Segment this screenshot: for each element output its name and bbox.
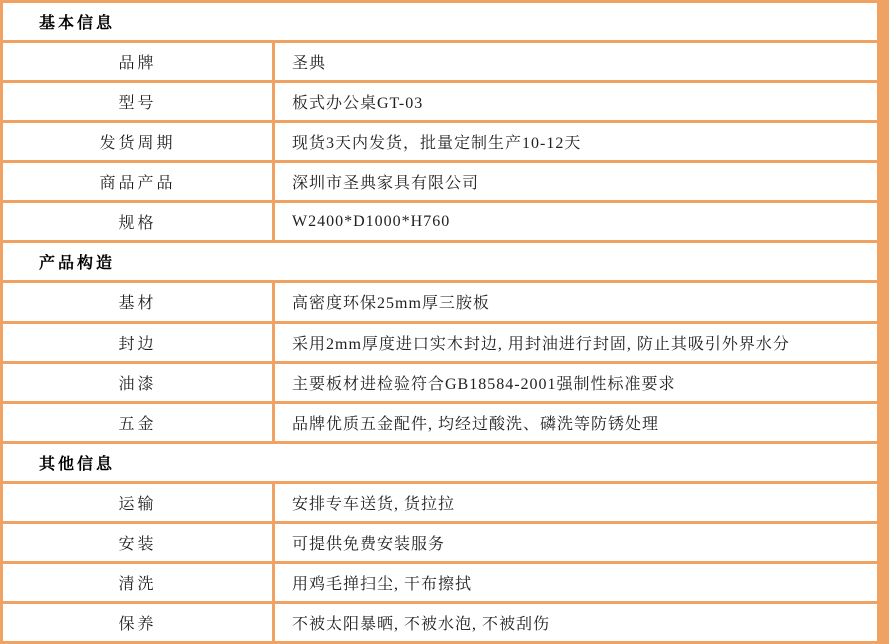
table-row: 基材高密度环保25mm厚三胺板 (2, 282, 879, 322)
table-row: 清洗用鸡毛掸扫尘, 干布擦拭 (2, 562, 879, 602)
row-label: 基材 (2, 282, 274, 322)
row-label: 封边 (2, 322, 274, 362)
row-label: 商品产品 (2, 162, 274, 202)
row-label: 安装 (2, 522, 274, 562)
section-title: 基本信息 (2, 2, 879, 42)
row-label: 油漆 (2, 362, 274, 402)
row-label: 运输 (2, 482, 274, 522)
row-value: 品牌优质五金配件, 均经过酸洗、磷洗等防锈处理 (274, 402, 879, 442)
product-spec-table: 基本信息品牌圣典型号板式办公桌GT-03发货周期现货3天内发货，批量定制生产10… (0, 0, 880, 644)
row-label: 发货周期 (2, 122, 274, 162)
row-value: 圣典 (274, 42, 879, 82)
row-value: 可提供免费安装服务 (274, 522, 879, 562)
row-label: 规格 (2, 202, 274, 242)
row-value: 高密度环保25mm厚三胺板 (274, 282, 879, 322)
section-title: 其他信息 (2, 442, 879, 482)
table-row: 五金品牌优质五金配件, 均经过酸洗、磷洗等防锈处理 (2, 402, 879, 442)
product-spec-page: 基本信息品牌圣典型号板式办公桌GT-03发货周期现货3天内发货，批量定制生产10… (0, 0, 889, 644)
table-row: 品牌圣典 (2, 42, 879, 82)
row-value: 不被太阳暴晒, 不被水泡, 不被刮伤 (274, 602, 879, 642)
table-row: 型号板式办公桌GT-03 (2, 82, 879, 122)
table-row: 安装可提供免费安装服务 (2, 522, 879, 562)
section-header-row: 其他信息 (2, 442, 879, 482)
row-value: 现货3天内发货，批量定制生产10-12天 (274, 122, 879, 162)
row-value: 主要板材进检验符合GB18584-2001强制性标准要求 (274, 362, 879, 402)
row-label: 型号 (2, 82, 274, 122)
section-header-row: 产品构造 (2, 242, 879, 282)
section-header-row: 基本信息 (2, 2, 879, 42)
row-value: W2400*D1000*H760 (274, 202, 879, 242)
row-label: 保养 (2, 602, 274, 642)
row-value: 安排专车送货, 货拉拉 (274, 482, 879, 522)
row-label: 清洗 (2, 562, 274, 602)
row-label: 五金 (2, 402, 274, 442)
row-label: 品牌 (2, 42, 274, 82)
table-row: 发货周期现货3天内发货，批量定制生产10-12天 (2, 122, 879, 162)
row-value: 采用2mm厚度进口实木封边, 用封油进行封固, 防止其吸引外界水分 (274, 322, 879, 362)
row-value: 板式办公桌GT-03 (274, 82, 879, 122)
table-row: 运输安排专车送货, 货拉拉 (2, 482, 879, 522)
table-row: 规格W2400*D1000*H760 (2, 202, 879, 242)
table-row: 封边采用2mm厚度进口实木封边, 用封油进行封固, 防止其吸引外界水分 (2, 322, 879, 362)
row-value: 用鸡毛掸扫尘, 干布擦拭 (274, 562, 879, 602)
section-title: 产品构造 (2, 242, 879, 282)
table-row: 商品产品深圳市圣典家具有限公司 (2, 162, 879, 202)
table-row: 油漆主要板材进检验符合GB18584-2001强制性标准要求 (2, 362, 879, 402)
row-value: 深圳市圣典家具有限公司 (274, 162, 879, 202)
table-row: 保养不被太阳暴晒, 不被水泡, 不被刮伤 (2, 602, 879, 642)
